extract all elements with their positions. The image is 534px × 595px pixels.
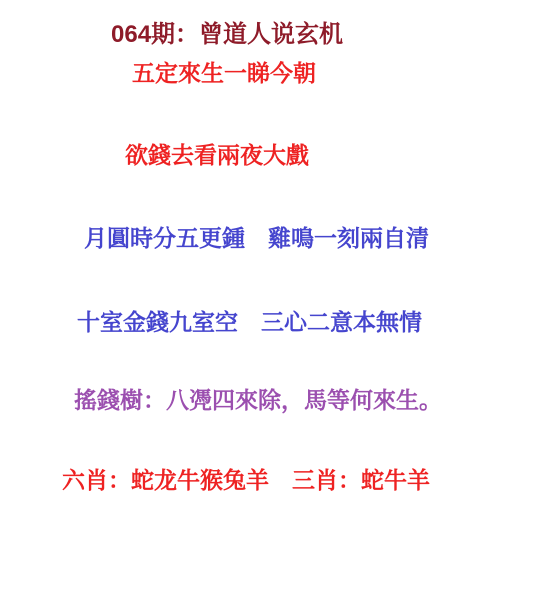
tips-sheet: 064期：曾道人说玄机 五定來生一睇今朝 欲錢去看兩夜大戲 月圓時分五更鍾 雞鳴… (0, 0, 534, 595)
money-tree-line: 搖錢樹：八凴四來除，馬等何來生。 (74, 388, 442, 413)
riddle-line: 欲錢去看兩夜大戲 (125, 143, 309, 168)
zodiac-line: 六肖：蛇龙牛猴兔羊 三肖：蛇牛羊 (62, 468, 430, 493)
verse-line-2: 十室金錢九室空 三心二意本無情 (77, 310, 422, 335)
subtitle-line: 五定來生一睇今朝 (132, 61, 316, 86)
verse-line-1: 月圓時分五更鍾 雞鳴一刻兩自清 (84, 226, 429, 251)
issue-title: 064期：曾道人说玄机 (111, 22, 343, 48)
